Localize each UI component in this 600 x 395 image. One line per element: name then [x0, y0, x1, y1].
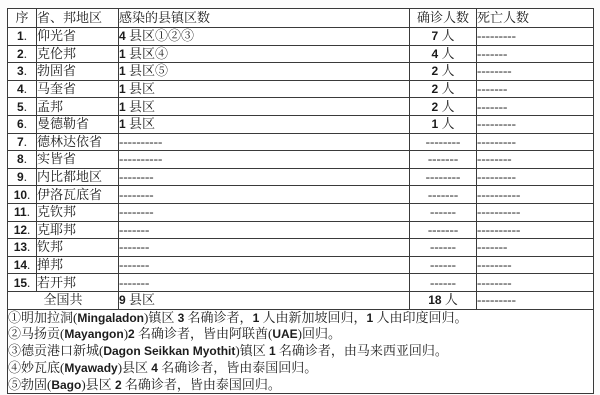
table-row: 12.克耶邦------------------------: [8, 221, 594, 239]
cell-deaths: --------: [477, 151, 594, 169]
cell-confirmed: 2 人: [410, 63, 477, 81]
header-row: 序 省、邦地区 感染的县镇区数 确诊人数 死亡人数: [8, 9, 594, 28]
cell-seq: 13.: [8, 239, 37, 257]
table-row: 10.伊洛瓦底省-------------------------: [8, 186, 594, 204]
cell-seq: 8.: [8, 151, 37, 169]
table-footnote-section: ①明加拉洞(Mingaladon)镇区 3 名确诊者，1 人由新加坡回归，1 人…: [8, 309, 594, 394]
table-row: 6.曼德勒省1 县区1 人---------: [8, 115, 594, 133]
cell-deaths: ----------: [477, 186, 594, 204]
cell-districts: 1 县区: [119, 98, 410, 116]
table-row: 2.克伦邦1 县区④4 人-------: [8, 45, 594, 63]
cell-districts: -------: [119, 256, 410, 274]
footnote-line: ②马扬贡(Mayangon)2 名确诊者，皆由阿联酋(UAE)回归。: [8, 326, 593, 343]
cell-seq: 14.: [8, 256, 37, 274]
cell-seq: 15.: [8, 274, 37, 292]
cell-districts: -------: [119, 221, 410, 239]
cell-deaths: ---------: [477, 133, 594, 151]
footnote-line: ③德贡港口新城(Dagon Seikkan Myothit)镇区 1 名确诊者，…: [8, 343, 593, 360]
cell-region: 克钦邦: [37, 203, 119, 221]
total-confirmed: 18 人: [410, 291, 477, 309]
cell-deaths: ----------: [477, 203, 594, 221]
cell-districts: 1 县区: [119, 80, 410, 98]
cell-deaths: --------: [477, 256, 594, 274]
table-row: 1.仰光省4 县区①②③7 人---------: [8, 28, 594, 46]
table-header: 序 省、邦地区 感染的县镇区数 确诊人数 死亡人数: [8, 9, 594, 28]
table-row: 15.若开邦---------------------: [8, 274, 594, 292]
cell-districts: ----------: [119, 133, 410, 151]
cell-region: 克伦邦: [37, 45, 119, 63]
cell-districts: -------: [119, 239, 410, 257]
footnote-line: ④妙瓦底(Myawady)县区 4 名确诊者，皆由泰国回归。: [8, 360, 593, 377]
cell-deaths: ----------: [477, 221, 594, 239]
cell-region: 若开邦: [37, 274, 119, 292]
cell-confirmed: 2 人: [410, 98, 477, 116]
cell-districts: 1 县区: [119, 115, 410, 133]
cell-deaths: -------: [477, 45, 594, 63]
table-row: 3.勃固省1 县区⑤2 人--------: [8, 63, 594, 81]
cell-districts: 4 县区①②③: [119, 28, 410, 46]
table-total: 全国共 9 县区 18 人 ---------: [8, 291, 594, 309]
cell-deaths: ---------: [477, 28, 594, 46]
cell-districts: ----------: [119, 151, 410, 169]
cell-deaths: ---------: [477, 168, 594, 186]
cell-confirmed: --------: [410, 168, 477, 186]
cell-seq: 2.: [8, 45, 37, 63]
footnote-line: ⑤勃固(Bago)县区 2 名确诊者，皆由泰国回归。: [8, 377, 593, 394]
footnote-row: ①明加拉洞(Mingaladon)镇区 3 名确诊者，1 人由新加坡回归，1 人…: [8, 309, 594, 394]
total-row: 全国共 9 县区 18 人 ---------: [8, 291, 594, 309]
cell-region: 内比都地区: [37, 168, 119, 186]
cell-region: 曼德勒省: [37, 115, 119, 133]
cell-seq: 4.: [8, 80, 37, 98]
cell-region: 伊洛瓦底省: [37, 186, 119, 204]
cell-deaths: --------: [477, 274, 594, 292]
cell-region: 马奎省: [37, 80, 119, 98]
cell-seq: 5.: [8, 98, 37, 116]
cell-confirmed: 7 人: [410, 28, 477, 46]
cell-region: 实皆省: [37, 151, 119, 169]
cell-confirmed: ------: [410, 274, 477, 292]
total-label: 全国共: [8, 291, 119, 309]
cell-region: 掸邦: [37, 256, 119, 274]
table-body: 1.仰光省4 县区①②③7 人---------2.克伦邦1 县区④4 人---…: [8, 28, 594, 292]
cell-seq: 7.: [8, 133, 37, 151]
cell-seq: 6.: [8, 115, 37, 133]
col-header-districts: 感染的县镇区数: [119, 9, 410, 28]
cell-confirmed: -------: [410, 221, 477, 239]
table-row: 11.克钦邦------------------------: [8, 203, 594, 221]
total-deaths: ---------: [477, 291, 594, 309]
cell-seq: 11.: [8, 203, 37, 221]
cell-districts: -------: [119, 274, 410, 292]
col-header-seq: 序: [8, 9, 37, 28]
cell-deaths: -------: [477, 98, 594, 116]
cell-districts: --------: [119, 203, 410, 221]
cell-deaths: --------: [477, 63, 594, 81]
cell-seq: 10.: [8, 186, 37, 204]
cell-districts: --------: [119, 186, 410, 204]
cell-region: 德林达依省: [37, 133, 119, 151]
cell-districts: 1 县区④: [119, 45, 410, 63]
cell-deaths: ---------: [477, 115, 594, 133]
cell-deaths: -------: [477, 239, 594, 257]
cell-confirmed: ------: [410, 203, 477, 221]
table-row: 14.掸邦---------------------: [8, 256, 594, 274]
cell-confirmed: 2 人: [410, 80, 477, 98]
col-header-deaths: 死亡人数: [477, 9, 594, 28]
cell-confirmed: --------: [410, 133, 477, 151]
cell-confirmed: -------: [410, 186, 477, 204]
cell-region: 钦邦: [37, 239, 119, 257]
footnote-line: ①明加拉洞(Mingaladon)镇区 3 名确诊者，1 人由新加坡回归，1 人…: [8, 310, 593, 327]
cell-confirmed: 1 人: [410, 115, 477, 133]
cell-seq: 3.: [8, 63, 37, 81]
col-header-confirmed: 确诊人数: [410, 9, 477, 28]
cell-confirmed: -------: [410, 151, 477, 169]
cell-seq: 1.: [8, 28, 37, 46]
table-row: 5.孟邦1 县区2 人-------: [8, 98, 594, 116]
cell-region: 勃固省: [37, 63, 119, 81]
cell-region: 克耶邦: [37, 221, 119, 239]
cell-confirmed: ------: [410, 256, 477, 274]
cell-region: 孟邦: [37, 98, 119, 116]
table-row: 13.钦邦--------------------: [8, 239, 594, 257]
table-row: 4.马奎省1 县区2 人-------: [8, 80, 594, 98]
cell-seq: 12.: [8, 221, 37, 239]
col-header-region: 省、邦地区: [37, 9, 119, 28]
cell-region: 仰光省: [37, 28, 119, 46]
table-row: 8.实皆省-------------------------: [8, 151, 594, 169]
cell-deaths: -------: [477, 80, 594, 98]
cell-districts: 1 县区⑤: [119, 63, 410, 81]
cases-table: 序 省、邦地区 感染的县镇区数 确诊人数 死亡人数 1.仰光省4 县区①②③7 …: [7, 8, 594, 394]
table-row: 7.德林达依省---------------------------: [8, 133, 594, 151]
total-districts: 9 县区: [119, 291, 410, 309]
footnotes: ①明加拉洞(Mingaladon)镇区 3 名确诊者，1 人由新加坡回归，1 人…: [8, 309, 594, 394]
table-row: 9.内比都地区-------------------------: [8, 168, 594, 186]
document-sheet: 序 省、邦地区 感染的县镇区数 确诊人数 死亡人数 1.仰光省4 县区①②③7 …: [7, 8, 593, 394]
cell-confirmed: ------: [410, 239, 477, 257]
cell-confirmed: 4 人: [410, 45, 477, 63]
cell-districts: --------: [119, 168, 410, 186]
cell-seq: 9.: [8, 168, 37, 186]
